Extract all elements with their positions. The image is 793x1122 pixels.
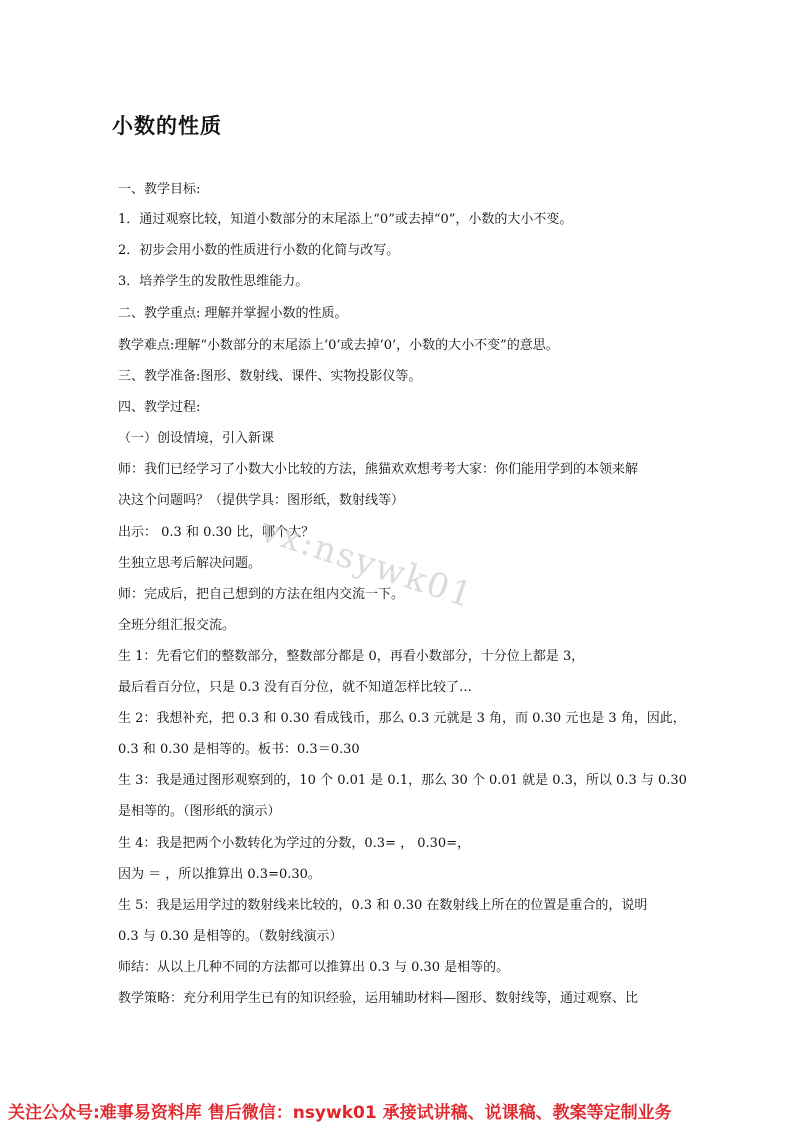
paragraph-line: 生 5：我是运用学过的数射线来比较的，0.3 和 0.30 在数射线上所在的位置… (118, 894, 647, 913)
paragraph-line: 2．初步会用小数的性质进行小数的化简与改写。 (118, 239, 399, 258)
paragraph-line: 是相等的。（图形纸的演示） (118, 800, 281, 819)
paragraph-line: 0.3 与 0.30 是相等的。（数射线演示） (118, 925, 343, 944)
paragraph-line: 二、教学重点: 理解并掌握小数的性质。 (118, 302, 348, 321)
document-title: 小数的性质 (112, 110, 222, 140)
paragraph-line: 师结：从以上几种不同的方法都可以推算出 0.3 与 0.30 是相等的。 (118, 956, 509, 975)
paragraph-line: 3．培养学生的发散性思维能力。 (118, 270, 308, 289)
paragraph-line: 生独立思考后解决问题。 (118, 552, 261, 571)
paragraph-line: 师：我们已经学习了小数大小比较的方法，熊猫欢欢想考考大家：你们能用学到的本领来解 (118, 458, 638, 477)
paragraph-line: 生 2：我想补充，把 0.3 和 0.30 看成钱币，那么 0.3 元就是 3 … (118, 707, 686, 726)
paragraph-line: 四、教学过程: (118, 396, 200, 415)
paragraph-line: 教学难点:理解“小数部分的末尾添上‘0’或去掉‘0’，小数的大小不变”的意思。 (118, 334, 559, 353)
paragraph-line: （一）创设情境，引入新课 (118, 427, 274, 446)
footer-banner: 关注公众号:难事易资料库 售后微信：nsywk01 承接试讲稿、说课稿、教案等定… (8, 1098, 672, 1122)
paragraph-line: 决这个问题吗？（提供学具：图形纸，数射线等） (118, 489, 404, 508)
paragraph-line: 全班分组汇报交流。 (118, 614, 235, 633)
paragraph-line: 因为 ＝ ，所以推算出 0.3=0.30。 (118, 863, 321, 882)
paragraph-line: 生 3：我是通过图形观察到的，10 个 0.01 是 0.1，那么 30 个 0… (118, 769, 687, 788)
paragraph-line: 三、教学准备:图形、数射线、课件、实物投影仪等。 (118, 365, 421, 384)
paragraph-line: 教学策略：充分利用学生已有的知识经验，运用辅助材料—图形、数射线等，通过观察、比 (118, 987, 638, 1006)
paragraph-line: 最后看百分位，只是 0.3 没有百分位，就不知道怎样比较了… (118, 676, 472, 695)
paragraph-line: 生 1：先看它们的整数部分，整数部分都是 0，再看小数部分，十分位上都是 3， (118, 645, 584, 664)
paragraph-line: 1．通过观察比较，知道小数部分的末尾添上“0”或去掉“0”，小数的大小不变。 (118, 208, 572, 227)
paragraph-line: 一、教学目标: (118, 178, 200, 197)
paragraph-line: 生 4：我是把两个小数转化为学过的分数，0.3= ， 0.30=， (118, 832, 470, 851)
paragraph-line: 0.3 和 0.30 是相等的。板书：0.3＝0.30 (118, 738, 360, 757)
paragraph-line: 师：完成后，把自己想到的方法在组内交流一下。 (118, 583, 404, 602)
